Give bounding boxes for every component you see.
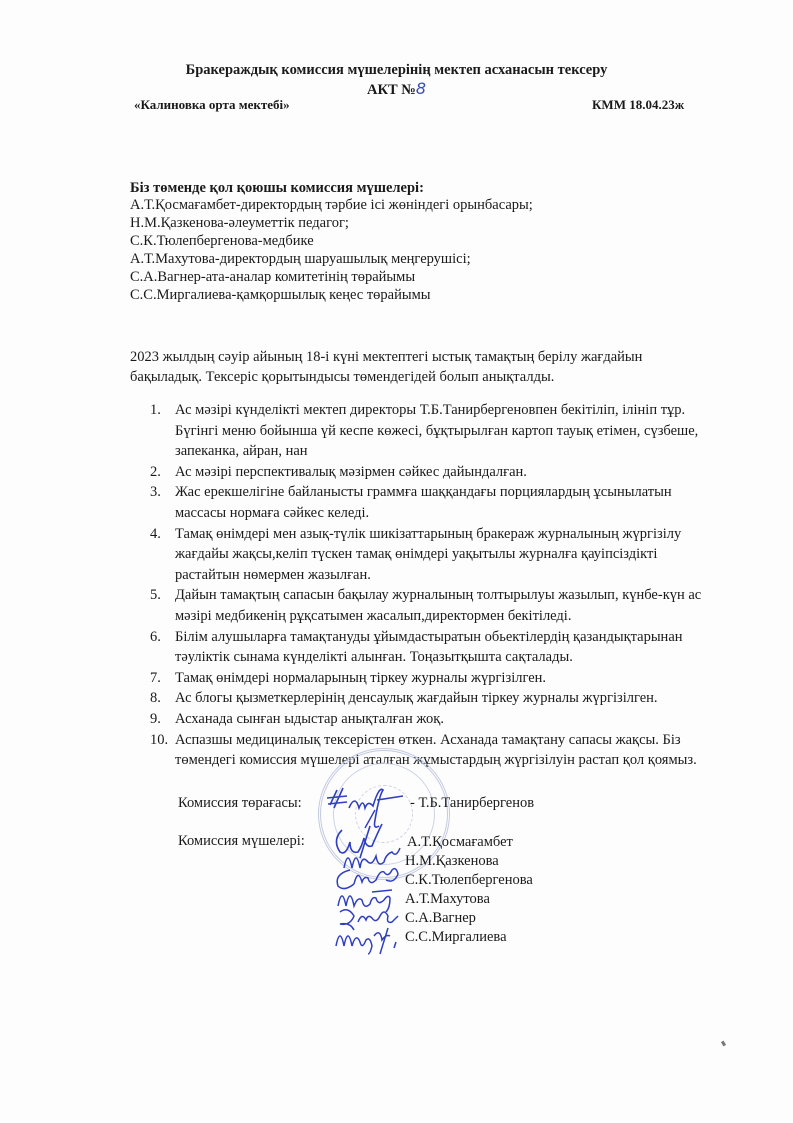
finding-text: Дайын тамақтың сапасын бақылау журналыны…	[175, 587, 701, 624]
signer-name: С.С.Миргалиева	[405, 928, 533, 947]
finding-item: 8.Ас блогы қызметкерлерінің денсаулық жа…	[150, 688, 725, 709]
finding-number: 8.	[150, 688, 161, 709]
finding-number: 4.	[150, 524, 161, 545]
finding-number: 6.	[150, 627, 161, 648]
act-number-line: АКТ №8	[0, 79, 793, 99]
finding-number: 9.	[150, 709, 161, 730]
member-line: А.Т.Қосмағамбет-директордың тәрбие ісі ж…	[130, 196, 533, 214]
finding-text: Жас ерекшелігіне байланысты граммға шаққ…	[175, 484, 672, 521]
finding-text: Асханада сынған ыдыстар анықталған жоқ.	[175, 711, 444, 727]
signer-name: С.А.Вагнер	[405, 909, 533, 928]
act-label: АКТ №	[367, 82, 416, 98]
finding-item: 3.Жас ерекшелігіне байланысты граммға ша…	[150, 482, 725, 523]
finding-number: 5.	[150, 585, 161, 606]
member-line: Н.М.Қазкенова-әлеуметтік педагог;	[130, 214, 533, 232]
document-page: Бракераждық комиссия мүшелерінің мектеп …	[0, 0, 793, 1123]
member-line: С.С.Миргалиева-қамқоршылық кеңес төрайым…	[130, 286, 533, 304]
chair-name: - Т.Б.Танирбергенов	[410, 795, 534, 812]
finding-item: 2.Ас мәзірі перспективалық мәзірмен сәйк…	[150, 462, 725, 483]
finding-text: Ас мәзірі перспективалық мәзірмен сәйкес…	[175, 464, 527, 480]
finding-number: 2.	[150, 462, 161, 483]
member-list: А.Т.Қосмағамбет-директордың тәрбие ісі ж…	[130, 196, 533, 304]
finding-item: 4.Тамақ өнімдері мен азық-түлік шикізатт…	[150, 524, 725, 586]
finding-number: 7.	[150, 668, 161, 689]
finding-number: 1.	[150, 400, 161, 421]
signer-name: С.К.Тюлепбергенова	[405, 871, 533, 890]
member-line: С.А.Вагнер-ата-аналар комитетінің төрайы…	[130, 268, 533, 286]
finding-item: 1.Ас мәзірі күнделікті мектеп директоры …	[150, 400, 725, 462]
signer-name: Н.М.Қазкенова	[405, 852, 533, 871]
finding-item: 5.Дайын тамақтың сапасын бақылау журналы…	[150, 585, 725, 626]
finding-number: 10.	[150, 730, 168, 751]
finding-text: Ас блогы қызметкерлерінің денсаулық жағд…	[175, 690, 658, 706]
document-title: Бракераждық комиссия мүшелерінің мектеп …	[0, 62, 793, 79]
members-heading: Біз төменде қол қоюшы комиссия мүшелері:	[130, 180, 424, 197]
finding-text: Ас мәзірі күнделікті мектеп директоры Т.…	[175, 402, 698, 459]
member-line: А.Т.Махутова-директордың шаруашылық меңг…	[130, 250, 533, 268]
chair-label: Комиссия төрағасы:	[178, 795, 302, 812]
finding-number: 3.	[150, 482, 161, 503]
signer-name: А.Т.Қосмағамбет	[405, 833, 533, 852]
member-line: С.К.Тюлепбергенова-медбике	[130, 232, 533, 250]
finding-item: 6.Білім алушыларға тамақтануды ұйымдасты…	[150, 627, 725, 668]
finding-text: Тамақ өнімдері мен азық-түлік шикізаттар…	[175, 526, 681, 583]
scan-artifact	[721, 1041, 726, 1047]
finding-item: 9.Асханада сынған ыдыстар анықталған жоқ…	[150, 709, 725, 730]
finding-text: Тамақ өнімдері нормаларының тіркеу журна…	[175, 670, 546, 686]
finding-text: Білім алушыларға тамақтануды ұйымдастыра…	[175, 629, 683, 666]
signer-list: А.Т.Қосмағамбет Н.М.Қазкенова С.К.Тюлепб…	[405, 833, 533, 947]
members-label: Комиссия мүшелері:	[178, 833, 305, 850]
finding-item: 7.Тамақ өнімдері нормаларының тіркеу жур…	[150, 668, 725, 689]
member-signature-icon	[330, 924, 410, 956]
org-date: КММ 18.04.23ж	[592, 97, 684, 113]
finding-item: 10.Аспазшы медициналық тексерістен өткен…	[150, 730, 725, 771]
signer-name: А.Т.Махутова	[405, 890, 533, 909]
intro-paragraph: 2023 жылдың сәуір айының 18-і күні мекте…	[130, 347, 690, 387]
findings-list: 1.Ас мәзірі күнделікті мектеп директоры …	[150, 400, 725, 771]
act-number-handwritten: 8	[416, 79, 426, 98]
finding-text: Аспазшы медициналық тексерістен өткен. А…	[175, 732, 697, 769]
school-name: «Калиновка орта мектебі»	[134, 97, 290, 113]
